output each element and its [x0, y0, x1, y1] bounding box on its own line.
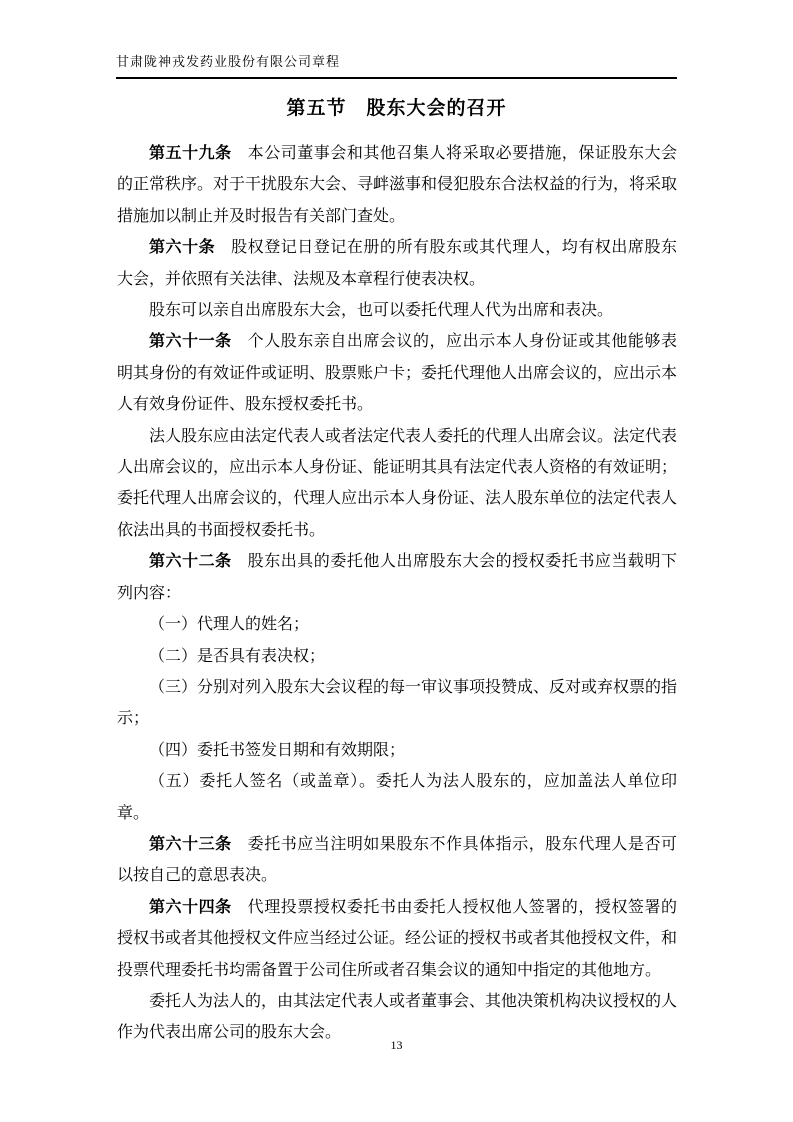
list-item-5: （五）委托人签名（或盖章）。委托人为法人股东的，应加盖法人单位印章。	[117, 766, 677, 829]
paragraph-text: （一）代理人的姓名；	[149, 616, 309, 633]
article-number: 第六十四条	[149, 899, 232, 916]
page-number: 13	[0, 1038, 793, 1053]
paragraph-text: （五）委托人签名（或盖章）。委托人为法人股东的，应加盖法人单位印章。	[117, 773, 677, 821]
document-body: 第五十九条本公司董事会和其他召集人将采取必要措施，保证股东大会的正常秩序。对于干…	[117, 138, 677, 1049]
paragraph-text: 法人股东应由法定代表人或者法定代表人委托的代理人出席会议。法定代表人出席会议的，…	[117, 428, 677, 539]
paragraph-article-60: 第六十条股权登记日登记在册的所有股东或其代理人，均有权出席股东大会，并依照有关法…	[117, 232, 677, 295]
list-item-3: （三）分别对列入股东大会议程的每一审议事项投赞成、反对或弃权票的指示；	[117, 672, 677, 735]
article-number: 第六十一条	[149, 333, 232, 350]
paragraph: 股东可以亲自出席股东大会，也可以委托代理人代为出席和表决。	[117, 295, 677, 326]
list-item-4: （四）委托书签发日期和有效期限；	[117, 735, 677, 766]
article-number: 第五十九条	[149, 145, 232, 162]
article-number: 第六十二条	[149, 553, 232, 570]
paragraph-article-62: 第六十二条股东出具的委托他人出席股东大会的授权委托书应当载明下列内容：	[117, 546, 677, 609]
paragraph-text: 委托人为法人的，由其法定代表人或者董事会、其他决策机构决议授权的人作为代表出席公…	[117, 993, 677, 1041]
list-item-2: （二）是否具有表决权；	[117, 641, 677, 672]
paragraph-text: （四）委托书签发日期和有效期限；	[149, 742, 405, 759]
list-item-1: （一）代理人的姓名；	[117, 609, 677, 640]
document-page: 甘肃陇神戎发药业股份有限公司章程 第五节 股东大会的召开 第五十九条本公司董事会…	[0, 0, 793, 1122]
paragraph-text: （三）分别对列入股东大会议程的每一审议事项投赞成、反对或弃权票的指示；	[117, 679, 677, 727]
paragraph: 法人股东应由法定代表人或者法定代表人委托的代理人出席会议。法定代表人出席会议的，…	[117, 421, 677, 547]
running-header: 甘肃陇神戎发药业股份有限公司章程	[116, 53, 677, 79]
paragraph-article-61: 第六十一条个人股东亲自出席会议的，应出示本人身份证或其他能够表明其身份的有效证件…	[117, 326, 677, 420]
section-title: 第五节 股东大会的召开	[116, 93, 677, 120]
article-number: 第六十三条	[149, 836, 232, 853]
paragraph-text: （二）是否具有表决权；	[149, 648, 325, 665]
paragraph-article-59: 第五十九条本公司董事会和其他召集人将采取必要措施，保证股东大会的正常秩序。对于干…	[117, 138, 677, 232]
paragraph-text: 股东可以亲自出席股东大会，也可以委托代理人代为出席和表决。	[149, 302, 613, 319]
paragraph-article-63: 第六十三条委托书应当注明如果股东不作具体指示，股东代理人是否可以按自己的意思表决…	[117, 829, 677, 892]
paragraph-article-64: 第六十四条代理投票授权委托书由委托人授权他人签署的，授权签署的授权书或者其他授权…	[117, 892, 677, 986]
article-number: 第六十条	[149, 239, 215, 256]
